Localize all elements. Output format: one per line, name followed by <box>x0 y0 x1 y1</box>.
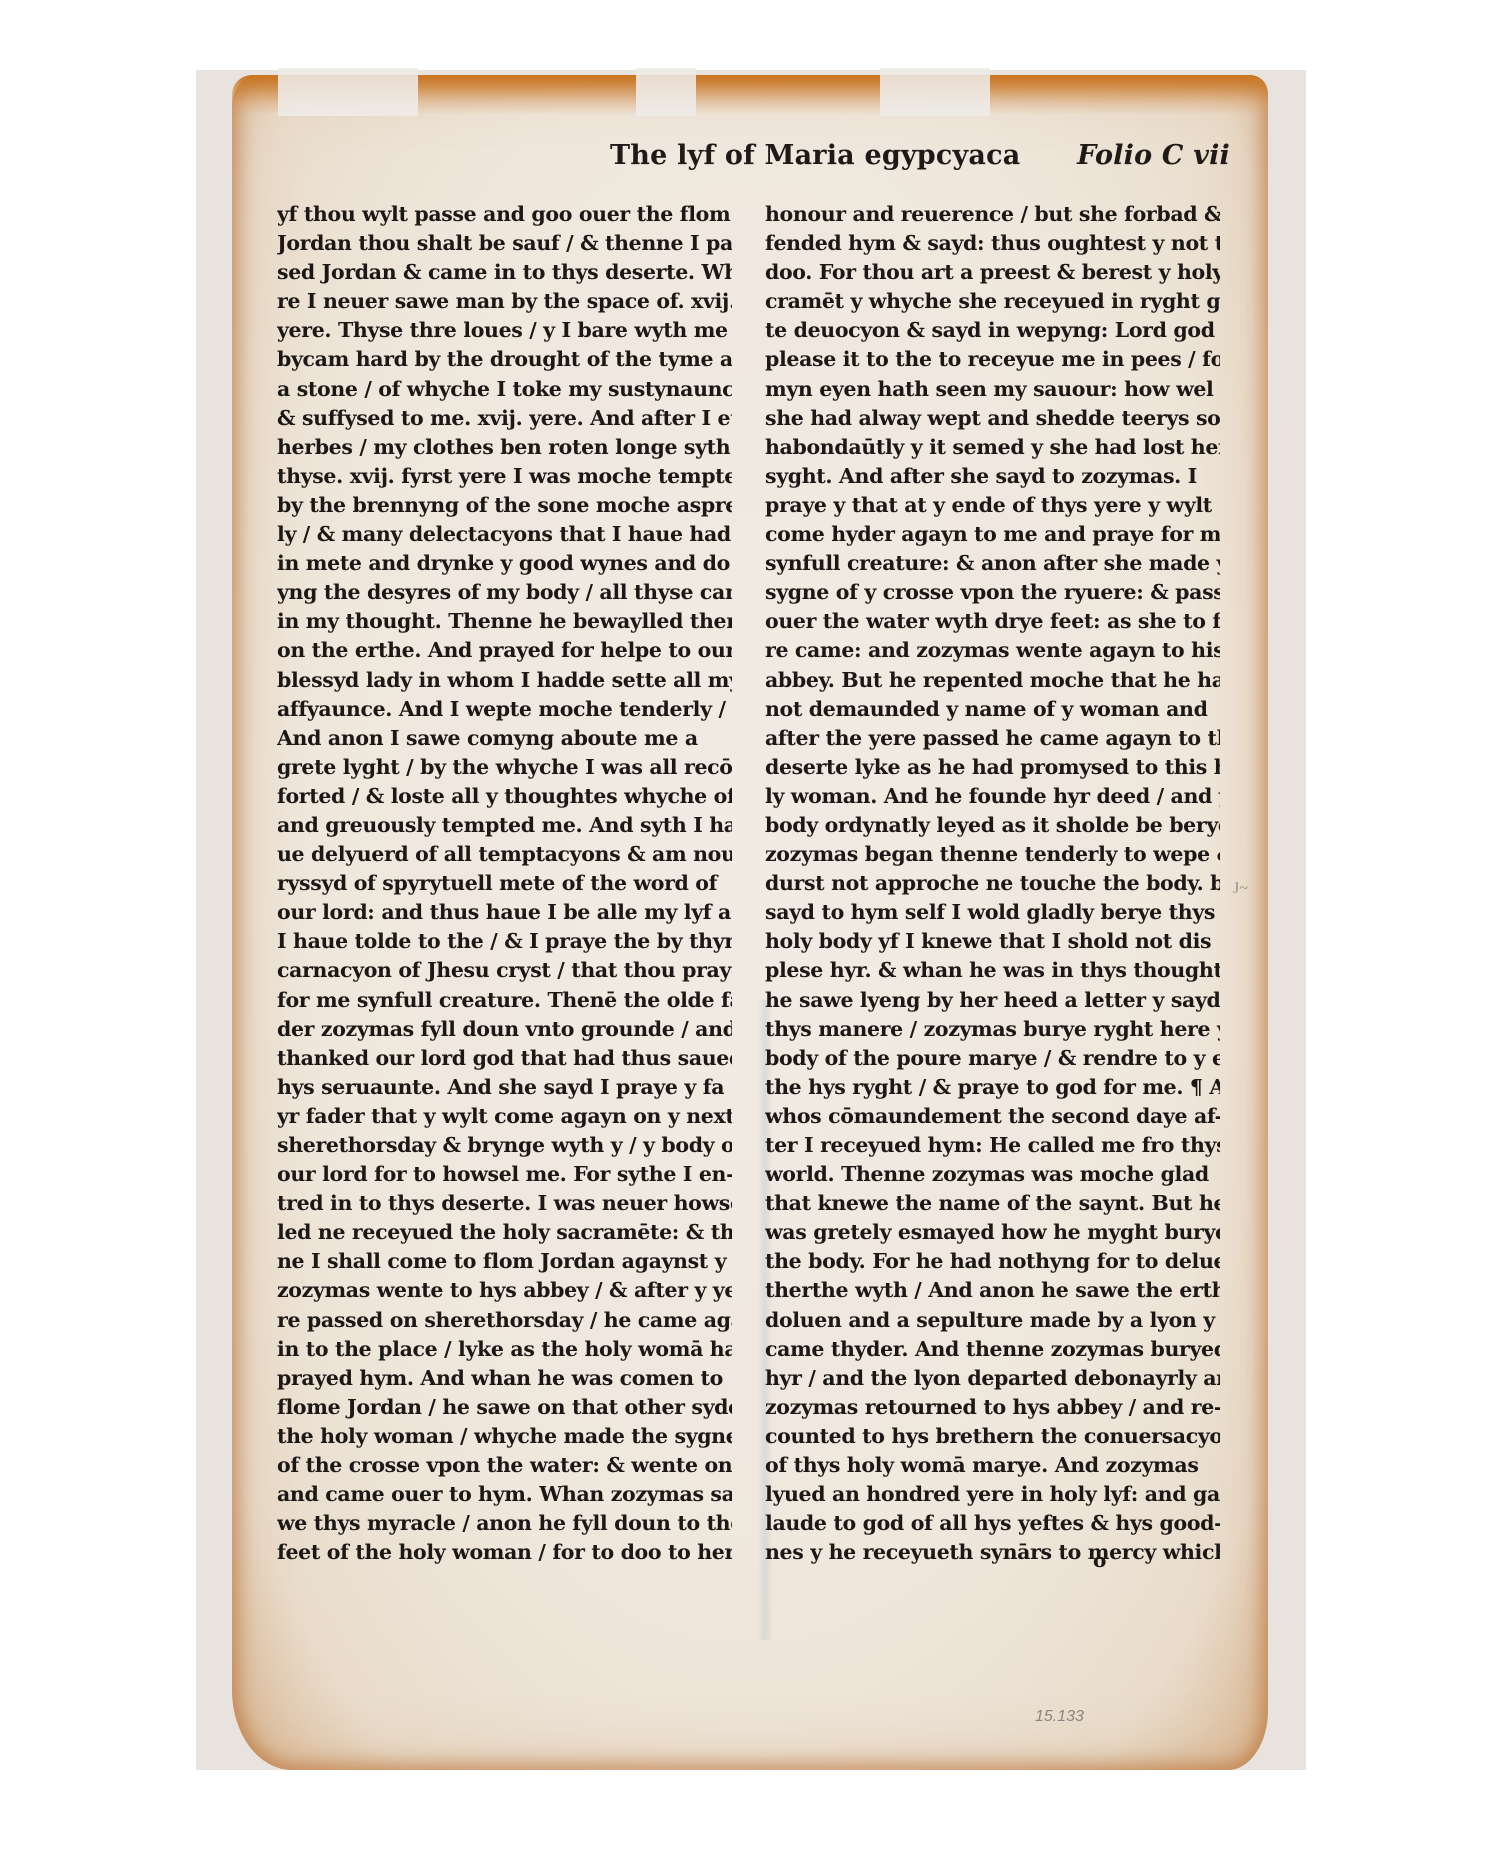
text-line: sed Jordan & came in to thys deserte. Wh… <box>277 258 732 287</box>
text-line: sherethorsday & brynge wyth y / y body o… <box>277 1131 732 1160</box>
text-line: thys manere / zozymas burye ryght here y <box>765 1015 1220 1044</box>
text-line: on the erthe. And prayed for helpe to ou… <box>277 636 732 665</box>
text-line: therthe wyth / And anon he sawe the erth… <box>765 1276 1220 1305</box>
text-line: ly / & many delectacyons that I haue had <box>277 520 732 549</box>
text-line: thyse. xvij. fyrst yere I was moche temp… <box>277 462 732 491</box>
text-line: thanked our lord god that had thus saued <box>277 1044 732 1073</box>
text-line: was gretely esmayed how he myght burye <box>765 1218 1220 1247</box>
text-line: come hyder agayn to me and praye for me <box>765 520 1220 549</box>
text-line: in my thought. Thenne he bewaylled them <box>277 607 732 636</box>
text-line: & suffysed to me. xvij. yere. And after … <box>277 404 732 433</box>
text-line: re I neuer sawe man by the space of. xvi… <box>277 287 732 316</box>
text-line: tred in to thys deserte. I was neuer how… <box>277 1189 732 1218</box>
text-line: she had alway wept and shedde teerys soo <box>765 404 1220 433</box>
text-line: he sawe lyeng by her heed a letter y say… <box>765 986 1220 1015</box>
text-line: re passed on sherethorsday / he came aga… <box>277 1306 732 1335</box>
text-line: body ordynatly leyed as it sholde be ber… <box>765 811 1220 840</box>
text-line: came thyder. And thenne zozymas buryed <box>765 1335 1220 1364</box>
text-line: durst not approche ne touche the body. b… <box>765 869 1220 898</box>
text-line: bycam hard by the drought of the tyme as <box>277 345 732 374</box>
text-line: abbey. But he repented moche that he had <box>765 666 1220 695</box>
text-line: the body. For he had nothyng for to delu… <box>765 1247 1220 1276</box>
text-line: re came: and zozymas wente agayn to his <box>765 636 1220 665</box>
text-column-left: yf thou wylt passe and goo ouer the flom… <box>277 200 732 1567</box>
text-line: plese hyr. & whan he was in thys thought <box>765 956 1220 985</box>
text-line: our lord for to howsel me. For sythe I e… <box>277 1160 732 1189</box>
text-line: of the crosse vpon the water: & wente on… <box>277 1451 732 1480</box>
margin-annotation: J~ <box>1233 880 1248 898</box>
signature-mark: o <box>1093 1548 1106 1572</box>
text-line: I haue tolde to the / & I praye the by t… <box>277 927 732 956</box>
text-line: grete lyght / by the whyche I was all re… <box>277 753 732 782</box>
text-line: feet of the holy woman / for to doo to h… <box>277 1538 732 1567</box>
text-line: doluen and a sepulture made by a lyon y <box>765 1306 1220 1335</box>
text-line: synfull creature: & anon after she made … <box>765 549 1220 578</box>
text-line: der zozymas fyll doun vnto grounde / and <box>277 1015 732 1044</box>
text-line: sayd to hym self I wold gladly berye thy… <box>765 898 1220 927</box>
text-line: Jordan thou shalt be sauf / & thenne I p… <box>277 229 732 258</box>
text-line: praye y that at y ende of thys yere y wy… <box>765 491 1220 520</box>
text-line: holy body yf I knewe that I shold not di… <box>765 927 1220 956</box>
text-line: in mete and drynke y good wynes and do <box>277 549 732 578</box>
text-line: hyr / and the lyon departed debonayrly a… <box>765 1364 1220 1393</box>
text-line: yr fader that y wylt come agayn on y nex… <box>277 1102 732 1131</box>
running-head: The lyf of Maria egypcyaca Folio C vii <box>610 140 1230 180</box>
text-line: and came ouer to hym. Whan zozymas sa <box>277 1480 732 1509</box>
text-line: the holy woman / whyche made the sygne <box>277 1422 732 1451</box>
text-line: sygne of y crosse vpon the ryuere: & pas… <box>765 578 1220 607</box>
text-line: prayed hym. And whan he was comen to <box>277 1364 732 1393</box>
text-line: whos cōmaundement the second daye af- <box>765 1102 1220 1131</box>
text-line: myn eyen hath seen my sauour: how wel y <box>765 375 1220 404</box>
text-line: habondaūtly y it semed y she had lost he… <box>765 433 1220 462</box>
text-line: doo. For thou art a preest & berest y ho… <box>765 258 1220 287</box>
hinge-tape-center <box>636 68 696 116</box>
text-line: world. Thenne zozymas was moche glad <box>765 1160 1220 1189</box>
text-line: yere. Thyse thre loues / y I bare wyth m… <box>277 316 732 345</box>
text-line: we thys myracle / anon he fyll doun to t… <box>277 1509 732 1538</box>
text-line: the hys ryght / & praye to god for me. ¶… <box>765 1073 1220 1102</box>
text-line: affyaunce. And I wepte moche tenderly / <box>277 695 732 724</box>
text-line: and greuously tempted me. And syth I ha <box>277 811 732 840</box>
text-line: flome Jordan / he sawe on that other syd… <box>277 1393 732 1422</box>
text-line: counted to hys brethern the conuersacyon <box>765 1422 1220 1451</box>
text-line: zozymas wente to hys abbey / & after y y… <box>277 1276 732 1305</box>
text-line: carnacyon of Jhesu cryst / that thou pra… <box>277 956 732 985</box>
text-line: laude to god of all hys yeftes & hys goo… <box>765 1509 1220 1538</box>
text-line: body of the poure marye / & rendre to y … <box>765 1044 1220 1073</box>
text-line: ne I shall come to flom Jordan agaynst y <box>277 1247 732 1276</box>
text-line: zozymas began thenne tenderly to wepe & <box>765 840 1220 869</box>
text-line: te deuocyon & sayd in wepyng: Lord god <box>765 316 1220 345</box>
text-line: cramēt y whyche she receyued in ryght gr… <box>765 287 1220 316</box>
text-line: fended hym & sayd: thus oughtest y not t… <box>765 229 1220 258</box>
text-line: herbes / my clothes ben roten longe syth… <box>277 433 732 462</box>
text-line: honour and reuerence / but she forbad & … <box>765 200 1220 229</box>
folio-number: Folio C vii <box>1077 140 1230 171</box>
text-line: yng the desyres of my body / all thyse c… <box>277 578 732 607</box>
text-line: a stone / of whyche I toke my sustynaunc… <box>277 375 732 404</box>
text-line: hys seruaunte. And she sayd I praye y fa <box>277 1073 732 1102</box>
text-line: yf thou wylt passe and goo ouer the flom <box>277 200 732 229</box>
text-line: zozymas retourned to hys abbey / and re- <box>765 1393 1220 1422</box>
running-title: The lyf of Maria egypcyaca <box>610 140 1020 171</box>
text-line: that knewe the name of the saynt. But he <box>765 1189 1220 1218</box>
text-line: not demaunded y name of y woman and <box>765 695 1220 724</box>
text-line: nes y he receyueth synārs to mercy which… <box>765 1538 1220 1567</box>
text-line: led ne receyued the holy sacramēte: & th… <box>277 1218 732 1247</box>
text-line: our lord: and thus haue I be alle my lyf… <box>277 898 732 927</box>
pencil-inventory-note: 15.133 <box>1035 1708 1084 1726</box>
text-line: ter I receyued hym: He called me fro thy… <box>765 1131 1220 1160</box>
text-line: by the brennyng of the sone moche aspre- <box>277 491 732 520</box>
text-line: deserte lyke as he had promysed to this … <box>765 753 1220 782</box>
text-line: lyued an hondred yere in holy lyf: and g… <box>765 1480 1220 1509</box>
hinge-tape-left <box>278 68 418 116</box>
text-line: forted / & loste all y thoughtes whyche … <box>277 782 732 811</box>
text-line: please it to the to receyue me in pees /… <box>765 345 1220 374</box>
text-line: in to the place / lyke as the holy womā … <box>277 1335 732 1364</box>
text-line: ly woman. And he founde hyr deed / and y <box>765 782 1220 811</box>
text-line: of thys holy womā marye. And zozymas <box>765 1451 1220 1480</box>
text-line: ue delyuerd of all temptacyons & am nou- <box>277 840 732 869</box>
text-line: And anon I sawe comyng aboute me a <box>277 724 732 753</box>
text-line: ryssyd of spyrytuell mete of the word of <box>277 869 732 898</box>
hinge-tape-right <box>880 68 990 116</box>
text-line: for me synfull creature. Thenē the olde … <box>277 986 732 1015</box>
text-column-right: honour and reuerence / but she forbad & … <box>765 200 1220 1567</box>
text-line: ouer the water wyth drye feet: as she to… <box>765 607 1220 636</box>
text-line: after the yere passed he came agayn to t… <box>765 724 1220 753</box>
text-line: blessyd lady in whom I hadde sette all m… <box>277 666 732 695</box>
text-line: syght. And after she sayd to zozymas. I <box>765 462 1220 491</box>
